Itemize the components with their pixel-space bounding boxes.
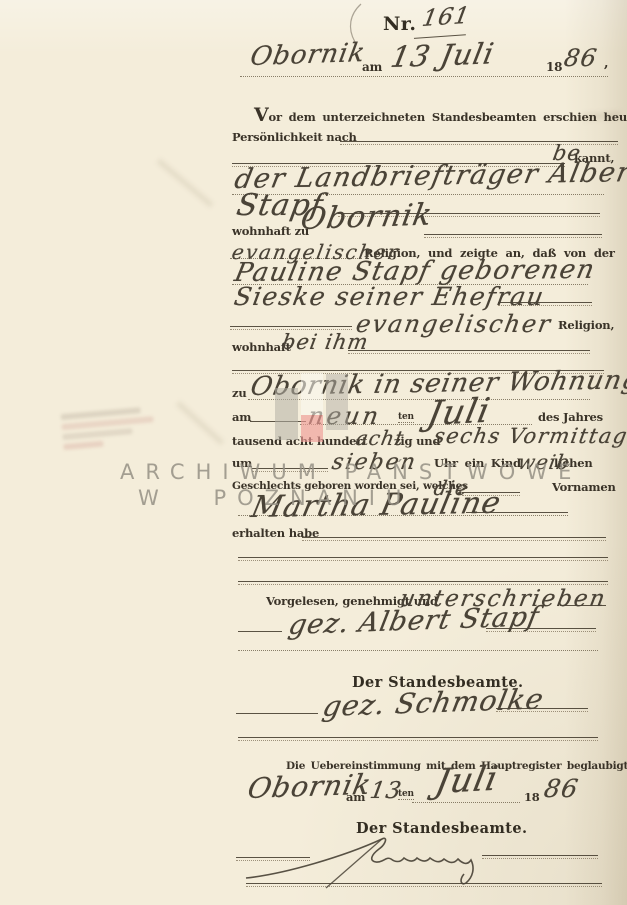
ruled-line	[238, 557, 608, 561]
birth-record-scan: Nr. 161 Obornik am 13 Juli 18 86 , Vor d…	[0, 0, 627, 905]
ruled-line	[238, 650, 598, 654]
am-label: am	[232, 410, 251, 424]
comma-mark: ,	[604, 56, 608, 71]
religion-label: Religion,	[558, 318, 614, 332]
intro-line: Vor dem unterzeichneten Standesbeamten e…	[254, 104, 627, 126]
ruled-line	[412, 802, 520, 806]
ruled-line	[302, 537, 606, 541]
archive-watermark-line1: ARCHIWUM PAŃSTWOWE	[120, 460, 582, 484]
nr-label: Nr.	[383, 13, 416, 35]
ruled-line	[238, 581, 608, 585]
record-date: 13 Juli	[388, 36, 497, 74]
am-label: am	[362, 60, 382, 74]
ruled-line	[238, 737, 598, 741]
certification-place: Obornik	[245, 768, 374, 805]
registry-place: Obornik	[248, 38, 368, 72]
mother-religion: evangelischer	[354, 310, 554, 338]
archive-logo-bar-left	[275, 388, 298, 440]
archive-logo-red-square	[301, 415, 323, 442]
birth-year-end: sechs Vormittags	[432, 424, 627, 448]
ruled-line	[240, 76, 608, 80]
year-printed: 18	[524, 790, 540, 804]
bleed-through-mark	[156, 158, 213, 208]
archive-logo-bar-middle	[301, 373, 323, 415]
ruled-line	[424, 234, 602, 238]
certification-year: 86	[542, 774, 581, 803]
ruled-line	[236, 713, 318, 717]
tausend-label: tausend acht hundert	[232, 434, 367, 448]
erhalten-habe-label: erhalten habe	[232, 526, 319, 540]
certification-month: Juli	[432, 759, 502, 802]
archive-logo-bar-right	[326, 374, 348, 430]
zu-label: zu	[232, 386, 247, 400]
ten-suffix: ten	[398, 412, 414, 423]
registrar-signature: gez. Schmolke	[320, 682, 547, 723]
des-jahres-label: des Jahres	[538, 410, 603, 424]
bleed-through-mark	[176, 401, 225, 446]
year-written: 86	[562, 44, 599, 72]
declarant-residence: Obornik	[298, 197, 435, 237]
mother-name-line2: Sieske seiner Ehefrau	[232, 282, 547, 311]
persoenlichkeit-label: Persönlichkeit nach	[232, 130, 357, 144]
year-printed: 18	[546, 60, 562, 74]
faded-stamp	[60, 402, 158, 454]
ruled-line	[482, 855, 598, 859]
registrar-signature-scrawl	[240, 830, 490, 892]
ruled-line	[238, 631, 282, 635]
birth-year-decade: acht	[354, 426, 406, 450]
archive-watermark-line2: W POZNANIU	[138, 486, 412, 510]
record-number: 161	[420, 3, 472, 32]
ruled-line	[348, 350, 590, 354]
mother-residence: bei ihm	[280, 330, 371, 354]
certification-day: 13	[368, 778, 404, 804]
